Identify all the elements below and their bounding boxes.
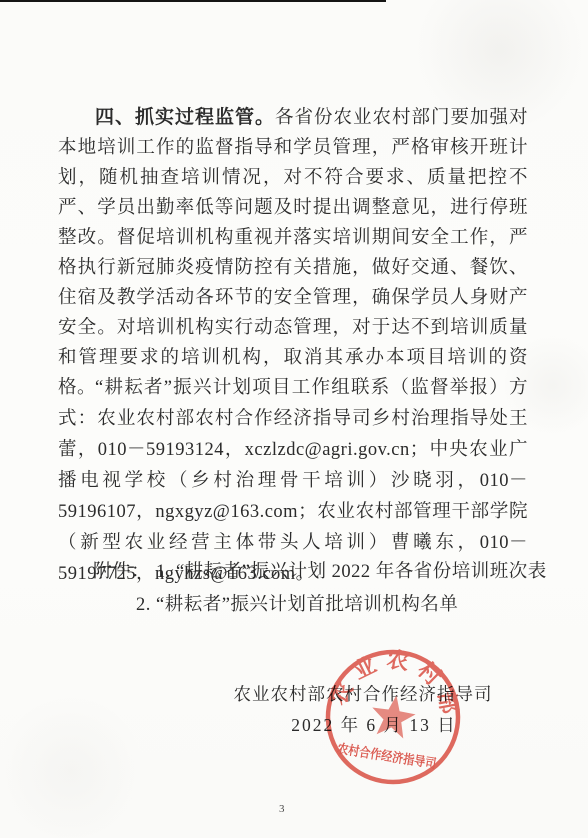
attachment-line-2: 2. “耕耘者”振兴计划首批培训机构名单	[136, 593, 458, 617]
attachment-item-1: 1. “耕耘者”振兴计划 2022 年各省份培训班次表	[156, 562, 547, 582]
contacts-text: “耕耘者”振兴计划项目工作组联系（监督举报）方式：农业农村部农村合作经济指导司乡…	[58, 378, 528, 584]
attachment-item-2: 2. “耕耘者”振兴计划首批培训机构名单	[136, 595, 458, 615]
paragraph-lead-heading: 四、抓实过程监管。	[95, 107, 275, 128]
scan-artifact-top-edge	[0, 0, 386, 2]
paragraph-body-text: 各省份农业农村部门要加强对本地培训工作的监督指导和学员管理，严格审核开班计划，随…	[58, 108, 528, 398]
document-page: 四、抓实过程监管。各省份农业农村部门要加强对本地培训工作的监督指导和学员管理，严…	[0, 0, 588, 838]
official-seal: 农业农村部 农村合作经济指导司	[309, 633, 476, 800]
paragraph-contacts: “耕耘者”振兴计划项目工作组联系（监督举报）方式：农业农村部农村合作经济指导司乡…	[58, 373, 528, 590]
paragraph-supervision: 四、抓实过程监管。各省份农业农村部门要加强对本地培训工作的监督指导和学员管理，严…	[58, 103, 528, 403]
seal-graphic: 农业农村部 农村合作经济指导司	[309, 633, 476, 800]
attachments-label: 附件：	[93, 562, 150, 582]
page-number: 3	[279, 803, 285, 815]
seal-star-icon	[368, 692, 418, 740]
attachment-line-1: 附件：1. “耕耘者”振兴计划 2022 年各省份培训班次表	[93, 560, 547, 584]
